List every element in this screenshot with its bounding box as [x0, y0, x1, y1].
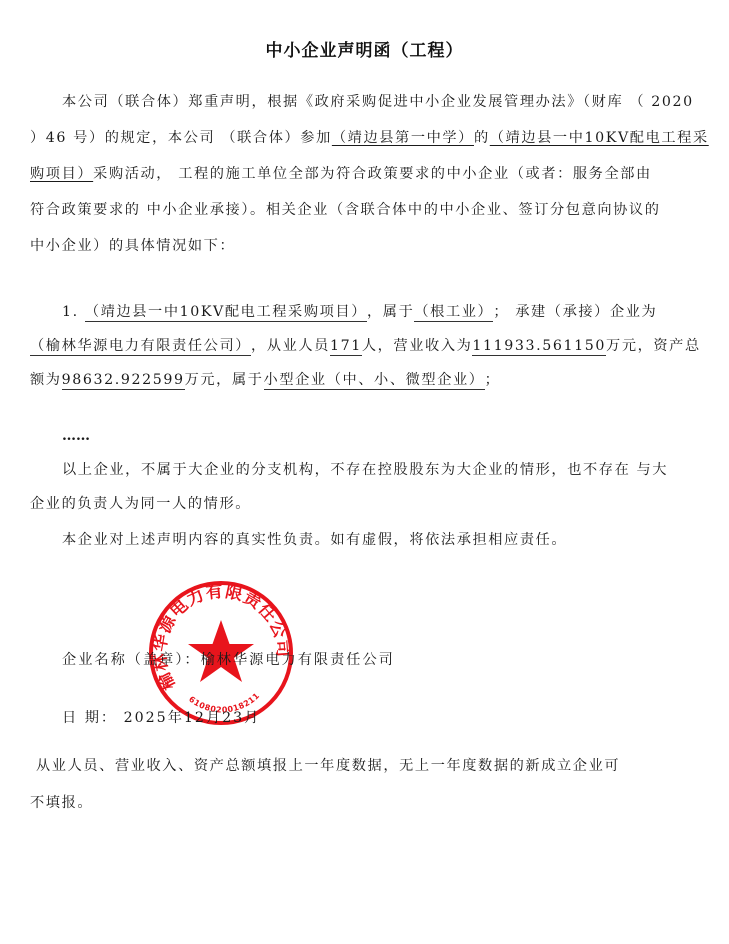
paragraph-2-line-1: 以上企业，不属于大企业的分支机构，不存在控股股东为大企业的情形，也不存在 与大 — [62, 460, 668, 480]
signature-company: 企业名称（盖章）：榆林华源电力有限责任公司 — [62, 650, 729, 670]
paragraph-1-line-5: 中小企业）的具体情况如下： — [30, 236, 235, 256]
industry: （根工业） — [414, 304, 493, 322]
text: 万元，资产总 — [606, 338, 701, 354]
company-name: 榆林华源电力有限责任公司 — [201, 652, 395, 668]
purchaser-name: （靖边县第一中学） — [332, 130, 474, 146]
project-name-part-2: 购项目） — [30, 166, 93, 182]
project-name-part-1: （靖边县一中10KV配电工程采 — [490, 130, 709, 146]
seal-text: 榆林华源电力有限责任公司 — [149, 581, 293, 694]
item-1-line-1: 1. （靖边县一中10KV配电工程采购项目） ，属于（根工业）； 承建（承接）企… — [62, 302, 657, 322]
paragraph-3: 本企业对上述声明内容的真实性负责。如有虚假，将依法承担相应责任。 — [62, 530, 567, 550]
document-page: 中小企业声明函（工程） 本公司（联合体）郑重声明，根据《政府采购促进中小企业发展… — [0, 0, 729, 944]
text: ； — [485, 372, 501, 388]
item-number: 1. — [62, 304, 79, 320]
text: 万元，属于 — [185, 372, 264, 388]
assets-value: 98632.922599 — [62, 372, 185, 390]
date-value: 2025年12月23月 — [124, 710, 261, 726]
item-1-line-2: （榆林华源电力有限责任公司），从业人员 171 人，营业收入为 111933.5… — [30, 336, 701, 356]
paragraph-1-line-2: ）46 号）的规定，本公司 （联合体）参加（靖边县第一中学）的（靖边县一中10K… — [30, 128, 709, 148]
ellipsis: …… — [62, 428, 90, 444]
signature-date: 日 期： 2025年12月23月 — [62, 708, 729, 728]
company-label: 企业名称（盖章）： — [62, 652, 201, 668]
paragraph-1-line-1: 本公司（联合体）郑重声明，根据《政府采购促进中小企业发展管理办法》（财库 （ 2… — [62, 92, 694, 112]
text: 的 — [474, 130, 490, 146]
staff-count: 171 — [330, 338, 362, 356]
paragraph-1-line-4: 符合政策要求的 中小企业承接）。相关企业（含联合体中的中小企业、签订分包意向协议… — [30, 200, 661, 220]
footnote-line-1: 从业人员、营业收入、资产总额填报上一年度数据，无上一年度数据的新成立企业可 — [36, 756, 620, 776]
enterprise-type: 小型企业（中、小、微型企业） — [264, 372, 485, 390]
text: ； 承建（承接）企业为 — [493, 304, 657, 320]
text: ，属于 — [367, 304, 414, 320]
paragraph-2-line-2: 企业的负责人为同一人的情形。 — [30, 494, 251, 514]
text: 采购活动， 工程的施工单位全部为符合政策要求的中小企业（或者：服务全部由 — [93, 166, 652, 182]
item-1-line-3: 额为 98632.922599 万元，属于小型企业（中、小、微型企业）； — [30, 370, 500, 390]
item-project-name: （靖边县一中10KV配电工程采购项目） — [85, 304, 367, 322]
svg-text:榆林华源电力有限责任公司: 榆林华源电力有限责任公司 — [149, 581, 293, 694]
footnote-line-2: 不填报。 — [30, 793, 93, 813]
contractor-company: （榆林华源电力有限责任公司） — [30, 338, 251, 356]
text: ，从业人员 — [251, 338, 330, 354]
text: 额为 — [30, 372, 62, 388]
text: ）46 号）的规定，本公司 （联合体）参加 — [30, 130, 332, 146]
paragraph-1-line-3: 购项目）采购活动， 工程的施工单位全部为符合政策要求的中小企业（或者：服务全部由 — [30, 164, 652, 184]
document-title: 中小企业声明函（工程） — [0, 36, 729, 61]
date-label: 日 期： — [62, 710, 117, 726]
text: 人，营业收入为 — [362, 338, 473, 354]
revenue-value: 111933.561150 — [472, 338, 606, 356]
